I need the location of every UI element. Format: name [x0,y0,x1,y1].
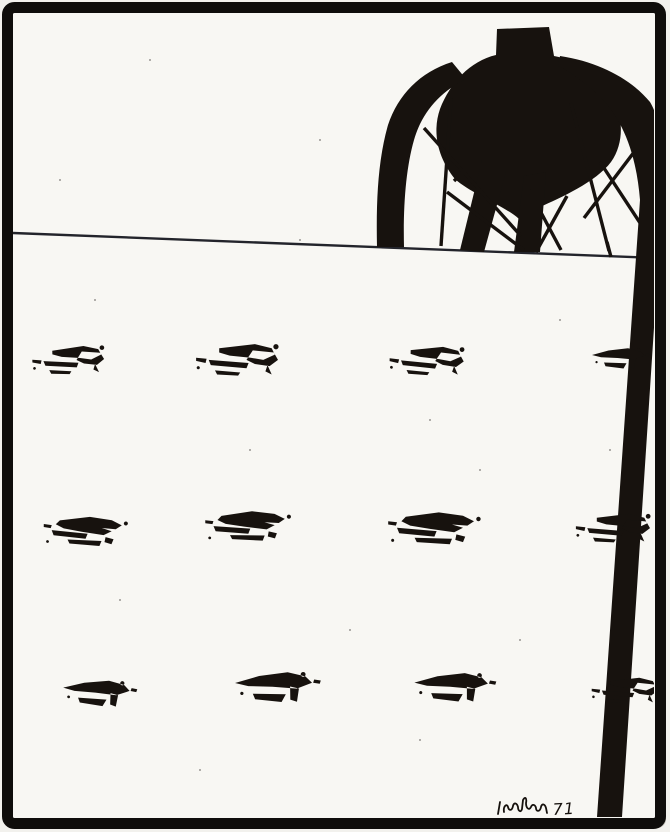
paper-speck [94,299,96,301]
signature-year: 71 [552,799,575,819]
paper-speck [419,739,421,741]
paper-speck [249,449,251,451]
paper-speck [519,639,521,641]
paper-speck [199,769,201,771]
paper-speck [149,59,151,61]
paper-speck [119,599,121,601]
paper-speck [479,469,481,471]
paper-speck [429,419,431,421]
paper-speck [319,139,321,141]
paper-speck [609,449,611,451]
paper-speck [639,519,641,521]
artwork-canvas: 71 [0,0,670,832]
artwork-frame: 71 [0,0,670,832]
paper-speck [299,239,301,241]
paper-speck [559,319,561,321]
paper-speck [59,179,61,181]
paper-speck [349,629,351,631]
